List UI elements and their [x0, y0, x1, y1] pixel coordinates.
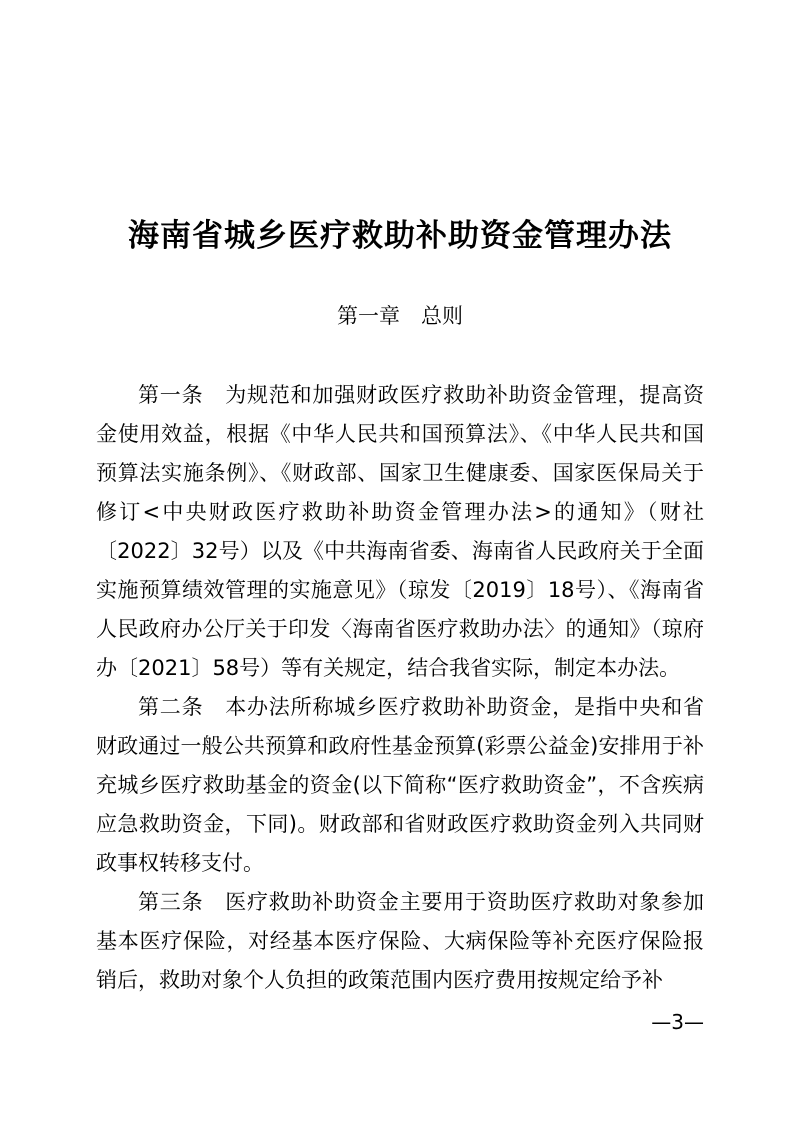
- page-number: —3—: [651, 1010, 704, 1034]
- document-title: 海南省城乡医疗救助补助资金管理办法: [0, 216, 800, 256]
- paragraph-article-3: 第三条 医疗救助补助资金主要用于资助医疗救助对象参加基本医疗保险，对经基本医疗保…: [96, 883, 704, 1000]
- document-body: 第一条 为规范和加强财政医疗救助补助资金管理，提高资金使用效益，根据《中华人民共…: [96, 376, 704, 1000]
- paragraph-article-1: 第一条 为规范和加强财政医疗救助补助资金管理，提高资金使用效益，根据《中华人民共…: [96, 376, 704, 688]
- paragraph-article-2: 第二条 本办法所称城乡医疗救助补助资金，是指中央和省财政通过一般公共预算和政府性…: [96, 688, 704, 883]
- document-page: 海南省城乡医疗救助补助资金管理办法 第一章 总则 第一条 为规范和加强财政医疗救…: [0, 0, 800, 1131]
- chapter-heading: 第一章 总则: [0, 301, 800, 331]
